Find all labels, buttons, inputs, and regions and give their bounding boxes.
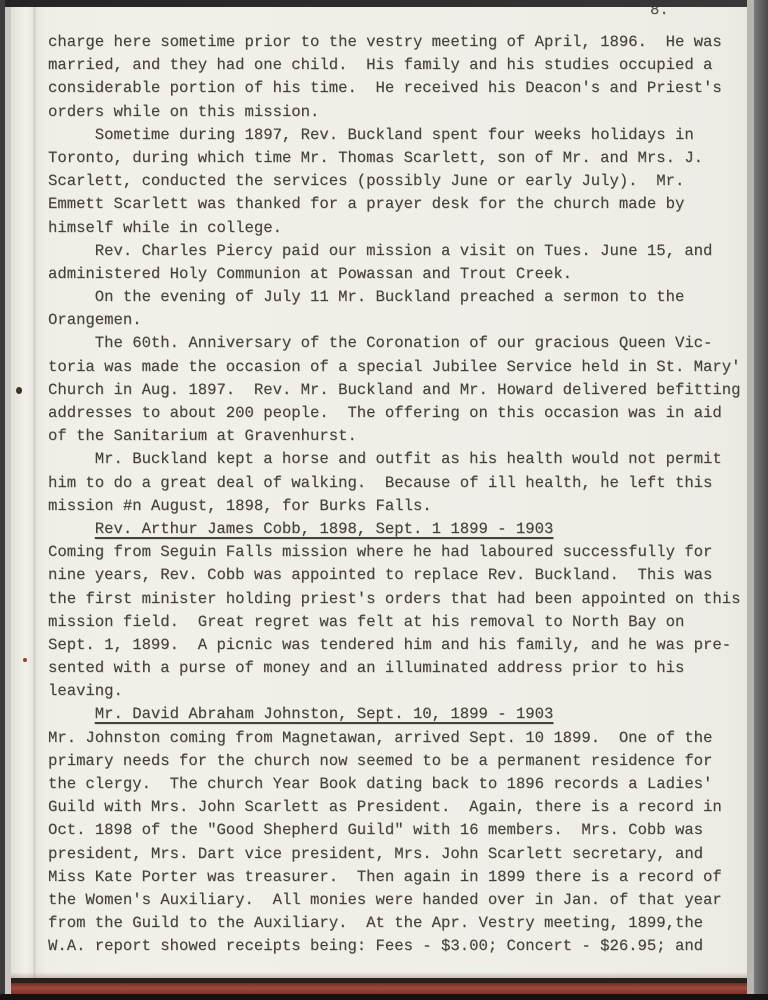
scan-border-right [754, 0, 768, 1000]
scan-border-bottom [0, 994, 768, 1000]
text-line: Rev. Charles Piercy paid our mission a v… [95, 240, 768, 263]
text-block: charge here sometime prior to the vestry… [48, 31, 768, 959]
text-line: toria was made the occasion of a special… [48, 356, 768, 379]
text-line: Church in Aug. 1897. Rev. Mr. Buckland a… [48, 379, 768, 402]
text-line: Toronto, during which time Mr. Thomas Sc… [48, 147, 768, 170]
heading-line: Mr. David Abraham Johnston, Sept. 10, 18… [95, 703, 768, 726]
text-line: Oct. 1898 of the "Good Shepherd Guild" w… [48, 819, 768, 842]
text-line: Mr. Johnston coming from Magnetawan, arr… [48, 727, 768, 750]
page-edge-right-band [747, 0, 754, 1000]
page-edge-left-band [5, 0, 11, 1000]
text-line: addresses to about 200 people. The offer… [48, 402, 768, 425]
text-line: orders while on this mission. [48, 101, 768, 124]
text-line: mission field. Great regret was felt at … [48, 611, 768, 634]
text-line: president, Mrs. Dart vice president, Mrs… [48, 843, 768, 866]
text-line: nine years, Rev. Cobb was appointed to r… [48, 564, 768, 587]
book-cover-red-strip [0, 983, 768, 994]
text-line: the Women's Auxiliary. All monies were h… [48, 889, 768, 912]
text-line: leaving. [48, 680, 768, 703]
text-line: sented with a purse of money and an illu… [48, 657, 768, 680]
text-line: Miss Kate Porter was treasurer. Then aga… [48, 866, 768, 889]
text-line: Orangemen. [48, 309, 768, 332]
text-line: On the evening of July 11 Mr. Buckland p… [95, 286, 768, 309]
heading-line: Rev. Arthur James Cobb, 1898, Sept. 1 18… [95, 518, 768, 541]
text-line: Emmett Scarlett was thanked for a prayer… [48, 193, 768, 216]
text-line: from the Guild to the Auxiliary. At the … [48, 912, 768, 935]
text-line: administered Holy Communion at Powassan … [48, 263, 768, 286]
text-line: The 60th. Anniversary of the Coronation … [95, 332, 768, 355]
text-line: Mr. Buckland kept a horse and outfit as … [95, 448, 768, 471]
ink-speck-mark [23, 658, 27, 662]
text-line: mission #n August, 1898, for Burks Falls… [48, 495, 768, 518]
text-line: him to do a great deal of walking. Becau… [48, 472, 768, 495]
text-line: Guild with Mrs. John Scarlett as Preside… [48, 796, 768, 819]
text-line: Coming from Seguin Falls mission where h… [48, 541, 768, 564]
scan-border-left [0, 0, 5, 1000]
text-line: himself while in college. [48, 217, 768, 240]
text-line: the first minister holding priest's orde… [48, 588, 768, 611]
scanned-document-page: 8. charge here sometime prior to the ves… [0, 0, 768, 1000]
text-line: the clergy. The church Year Book dating … [48, 773, 768, 796]
text-line: primary needs for the church now seemed … [48, 750, 768, 773]
text-line: considerable portion of his time. He rec… [48, 77, 768, 100]
text-line: Sometime during 1897, Rev. Buckland spen… [95, 124, 768, 147]
page-curl-shadow [33, 0, 36, 978]
text-line: Scarlett, conducted the services (possib… [48, 170, 768, 193]
binder-hole-mark [16, 387, 22, 394]
text-line: W.A. report showed receipts being: Fees … [48, 935, 768, 958]
text-line: Sept. 1, 1899. A picnic was tendered him… [48, 634, 768, 657]
text-line: charge here sometime prior to the vestry… [48, 31, 768, 54]
text-line: married, and they had one child. His fam… [48, 54, 768, 77]
text-line: of the Sanitarium at Gravenhurst. [48, 425, 768, 448]
scan-border-top [0, 0, 768, 7]
